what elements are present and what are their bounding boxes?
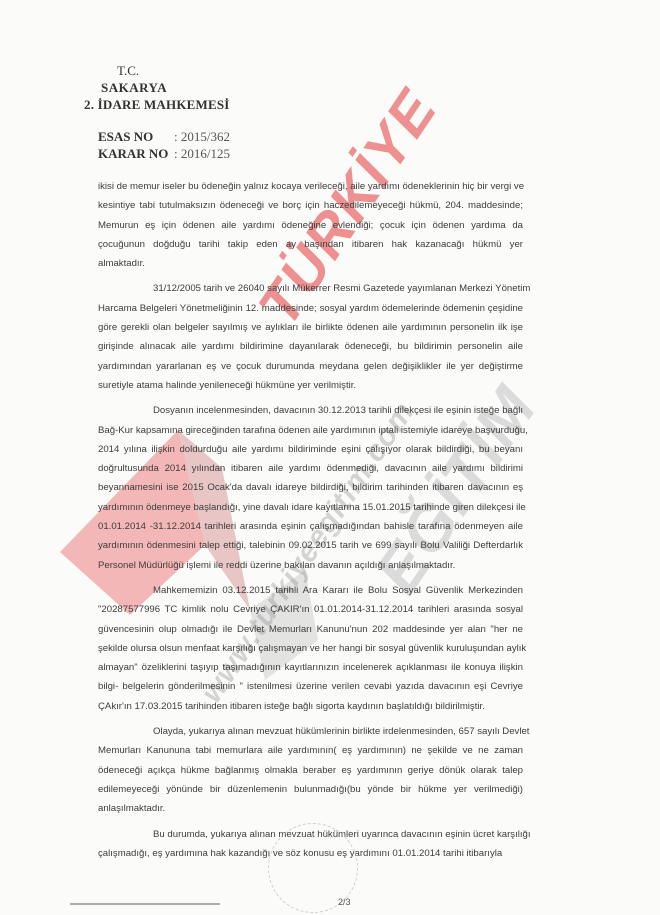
paragraph: Dosyanın incelenmesinden, davacının 30.1… xyxy=(98,401,523,575)
paragraph: Mahkememizin 03.12.2015 tarihli Ara Kara… xyxy=(98,581,523,716)
text-line: göre gerekli olan belgeler sayılmış ve a… xyxy=(98,318,523,337)
text-line: Olayda, yukarıya alınan mevzuat hükümler… xyxy=(98,722,523,741)
text-line: Dosyanın incelenmesinden, davacının 30.1… xyxy=(98,401,523,420)
text-line: yardımının ödenmesini talep ettiği, tale… xyxy=(98,536,523,555)
text-line: ikisi de memur iseler bu ödeneğin yalnız… xyxy=(98,177,523,196)
text-line: Harcama Belgeleri Yönetmeliğinin 12. mad… xyxy=(98,299,523,318)
text-line: çocuğunun doğduğu tarihi takip eden ay b… xyxy=(98,235,523,254)
footer-rule xyxy=(70,903,220,905)
text-line: yardımından yararlanan eş ve çocuk durum… xyxy=(98,357,523,376)
paragraph: 31/12/2005 tarih ve 26040 sayılı Mükerre… xyxy=(98,279,523,395)
paragraph: Olayda, yukarıya alınan mevzuat hükümler… xyxy=(98,722,523,818)
text-line: Memurun eş için ödenen aile yardımı öden… xyxy=(98,216,523,235)
text-line: şekilde olursa olsun menfaat karşılığı ç… xyxy=(98,639,523,658)
paragraph: ikisi de memur iseler bu ödeneğin yalnız… xyxy=(98,177,523,273)
text-line: güvencesinin olup olmadığı ile Devlet Me… xyxy=(98,620,523,639)
text-line: anlaşılmaktadır. xyxy=(98,799,523,818)
text-line: Memurları Kanununa tabi memurlara aile y… xyxy=(98,741,523,760)
document-body: ikisi de memur iseler bu ödeneğin yalnız… xyxy=(98,177,523,869)
text-line: edilemeyeceği yönünde bir düzenlemenin b… xyxy=(98,780,523,799)
text-line: Bağ-Kur kapsamına gireceğinden tarafına … xyxy=(98,421,523,440)
esas-label: ESAS NO xyxy=(98,129,174,145)
text-line: almaktadır. xyxy=(98,254,523,273)
text-line: ÇAkır'ın 17.03.2015 tarihinden itibaren … xyxy=(98,697,523,716)
header-city: SAKARYA xyxy=(101,80,167,96)
esas-no: ESAS NO: 2015/362 xyxy=(98,129,230,145)
karar-label: KARAR NO xyxy=(98,146,174,162)
text-line: Personel Müdürlüğü işlemi ile reddi üzer… xyxy=(98,556,523,575)
text-line: girişinde alınacak aile yardımı bildirim… xyxy=(98,337,523,356)
page-number: 2/3 xyxy=(338,897,351,907)
karar-no: KARAR NO: 2016/125 xyxy=(98,146,230,162)
court-decision-page: TÜRKİYE EĞİTİM www.turkiyeegitim.com T.C… xyxy=(0,0,660,915)
header-tc: T.C. xyxy=(117,63,139,79)
text-line: Mahkememizin 03.12.2015 tarihli Ara Kara… xyxy=(98,581,523,600)
text-line: 01.01.2014 -31.12.2014 tarihleri arasınd… xyxy=(98,517,523,536)
text-line: "20287577996 TC kimlik nolu Cevriye ÇAKI… xyxy=(98,600,523,619)
text-line: 31/12/2005 tarih ve 26040 sayılı Mükerre… xyxy=(98,279,523,298)
text-line: doğrultusunda 2014 yılından itibaren ail… xyxy=(98,459,523,478)
header-court: 2. İDARE MAHKEMESİ xyxy=(84,97,230,113)
text-line: almayan" özeliklerini taşıyıp taşımadığı… xyxy=(98,658,523,677)
text-line: 2014 yılına ilişkin doldurduğu aile yard… xyxy=(98,440,523,459)
text-line: kesintiye tabi tutulmaksızın ödeneceği v… xyxy=(98,196,523,215)
text-line: ödeneceği açıkça hükme bağlanmış olmakla… xyxy=(98,761,523,780)
text-line: yardımının ödenmeye başlandığı, yine dav… xyxy=(98,498,523,517)
karar-value: : 2016/125 xyxy=(174,146,230,161)
text-line: suretiyle atama halinde yenileneceği hük… xyxy=(98,376,523,395)
esas-value: : 2015/362 xyxy=(174,129,230,144)
text-line: beyannamesini ise 2015 Ocak'da davalı id… xyxy=(98,478,523,497)
text-line: bilgi- belgelerin gönderilmesinin " iste… xyxy=(98,677,523,696)
